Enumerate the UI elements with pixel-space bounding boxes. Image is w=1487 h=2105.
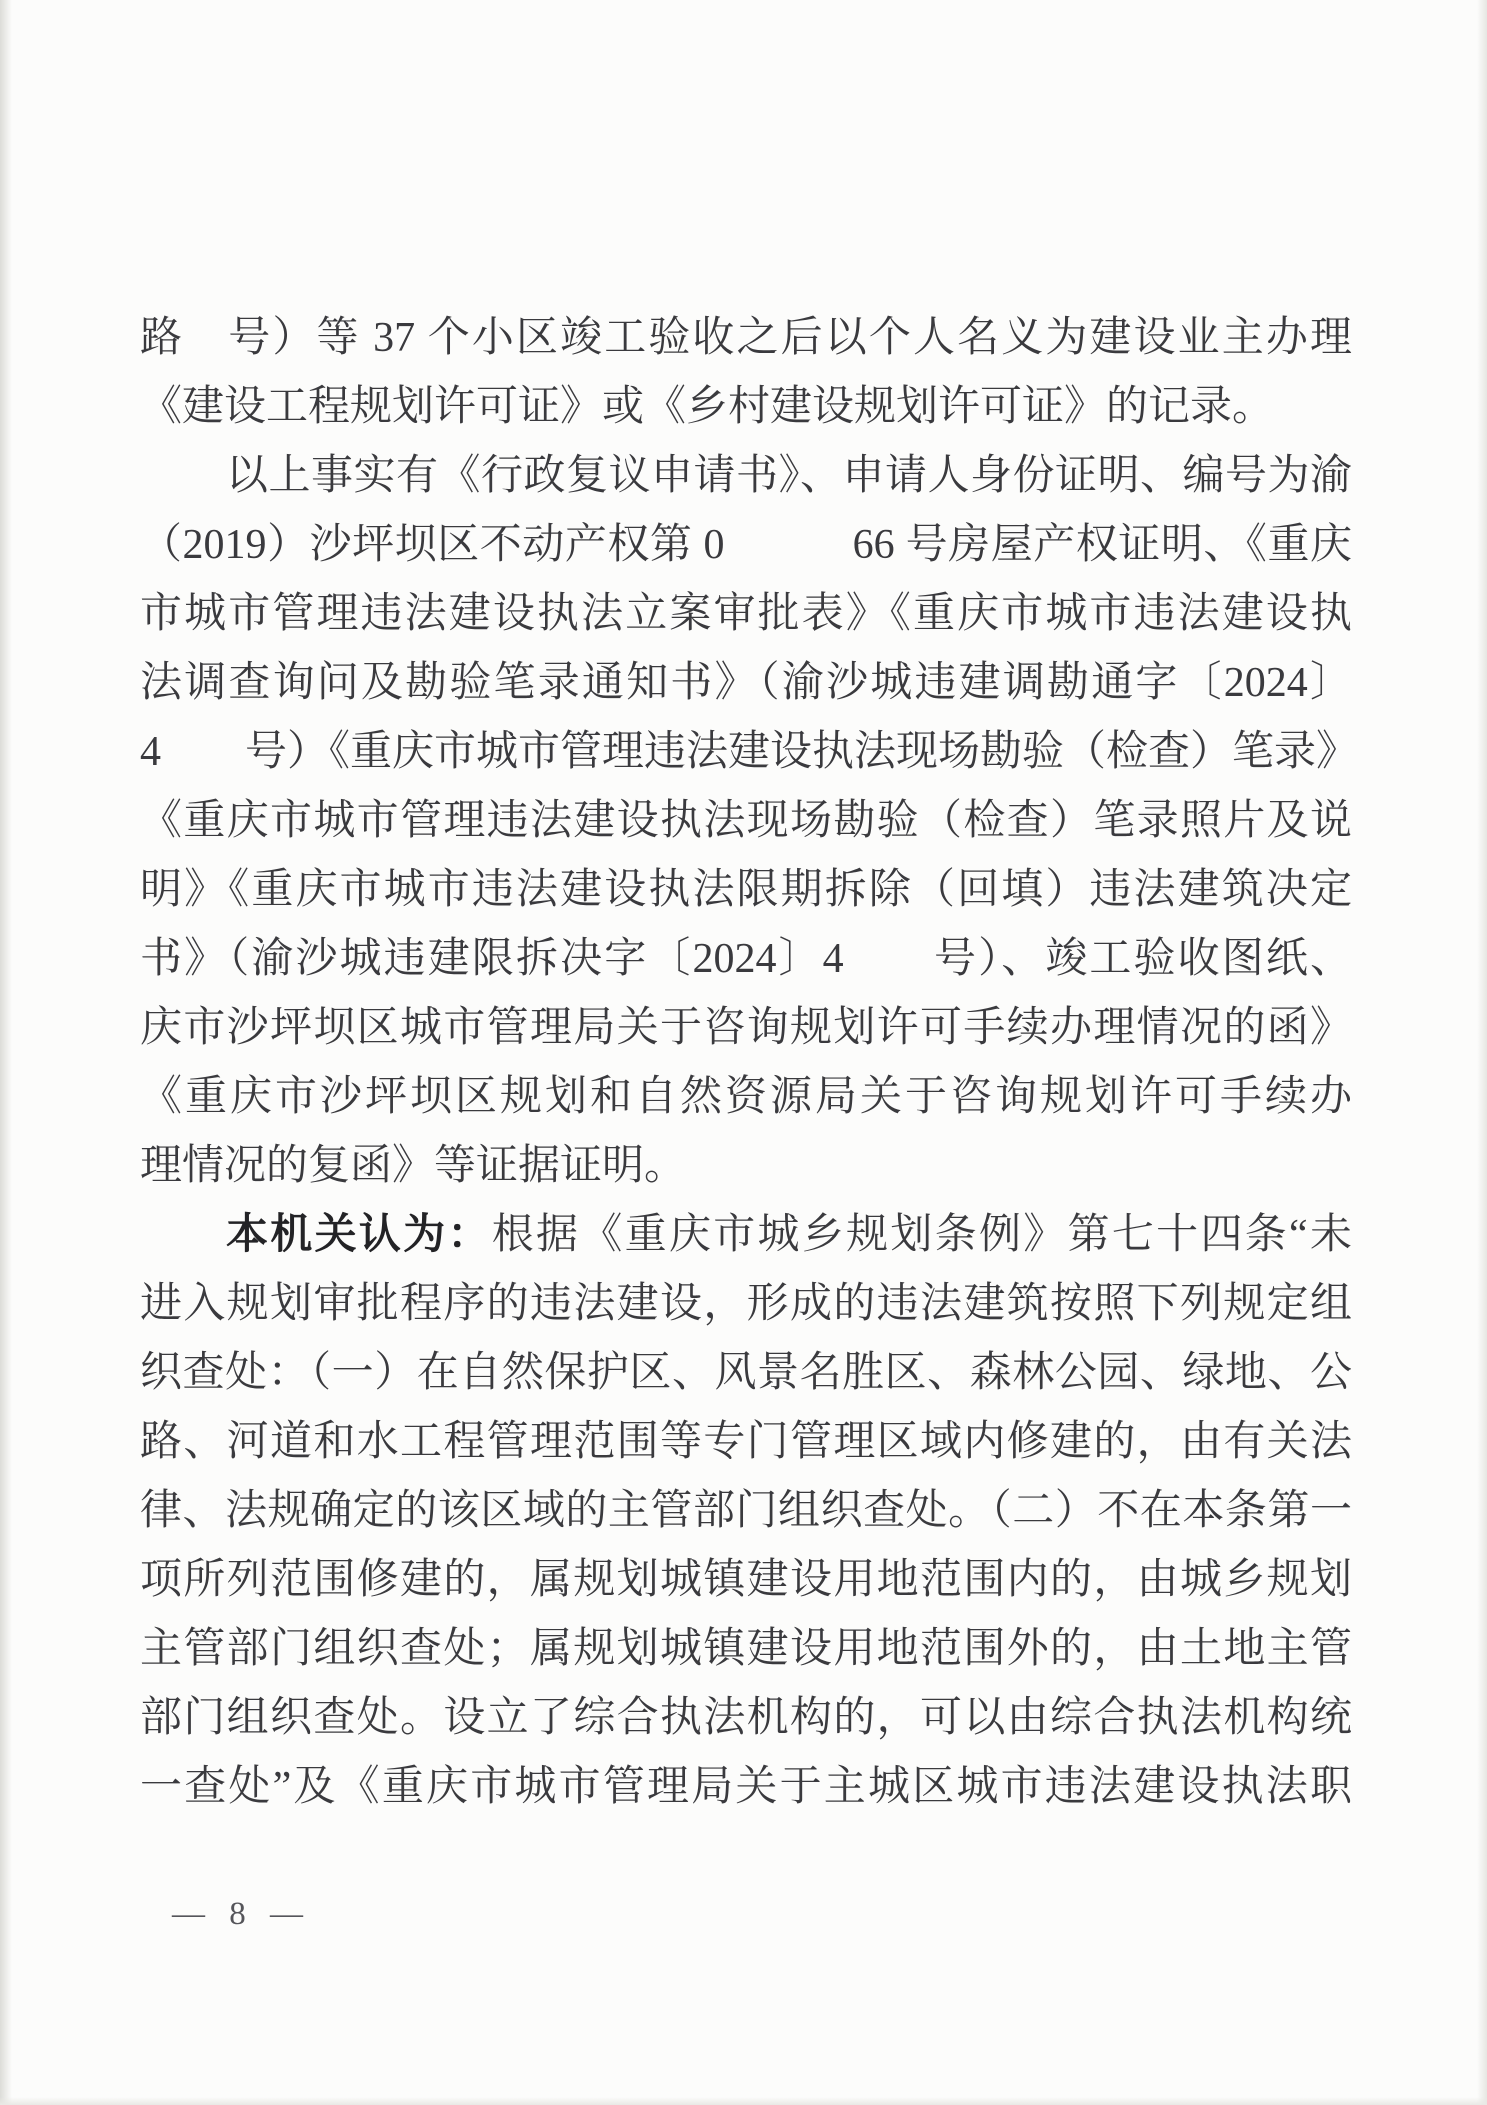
text-line: 《建设工程规划许可证》或《乡村建设规划许可证》的记录。 (140, 373, 1352, 442)
text-line: 路、河道和水工程管理范围等专门管理区域内修建的，由有关法 (140, 1408, 1352, 1477)
text-line: 市城市管理违法建设执法立案审批表》《重庆市城市违法建设执 (140, 580, 1352, 649)
text-line: 一查处”及《重庆市城市管理局关于主城区城市违法建设执法职 (140, 1753, 1352, 1822)
text-line: 以上事实有《行政复议申请书》、申请人身份证明、编号为渝 (140, 442, 1352, 511)
document-page: 路 号）等 37 个小区竣工验收之后以个人名义为建设业主办理《建设工程规划许可证… (0, 0, 1487, 2105)
text-line: 庆市沙坪坝区城市管理局关于咨询规划许可手续办理情况的函》 (140, 994, 1352, 1063)
text-line: 律、法规确定的该区域的主管部门组织查处。（二）不在本条第一 (140, 1477, 1352, 1546)
text-line: 《重庆市城市管理违法建设执法现场勘验（检查）笔录照片及说 (140, 787, 1352, 856)
text-line: 本机关认为：根据《重庆市城乡规划条例》第七十四条“未 (140, 1201, 1352, 1270)
text-line: 部门组织查处。设立了综合执法机构的，可以由综合执法机构统 (140, 1684, 1352, 1753)
text-line: 项所列范围修建的，属规划城镇建设用地范围内的，由城乡规划 (140, 1546, 1352, 1615)
text-line: 织查处：（一）在自然保护区、风景名胜区、森林公园、绿地、公 (140, 1339, 1352, 1408)
page-number: — 8 — (172, 1896, 311, 1933)
text-line: 《重庆市沙坪坝区规划和自然资源局关于咨询规划许可手续办 (140, 1063, 1352, 1132)
scan-edge-left (0, 0, 12, 2105)
text-line: 路 号）等 37 个小区竣工验收之后以个人名义为建设业主办理 (140, 304, 1352, 373)
text-line: 明》《重庆市城市违法建设执法限期拆除（回填）违法建筑决定 (140, 856, 1352, 925)
text-line-bold-prefix: 本机关认为： (226, 1212, 492, 1258)
scan-edge-bottom (0, 2097, 1487, 2105)
text-line: 主管部门组织查处；属规划城镇建设用地范围外的，由土地主管 (140, 1615, 1352, 1684)
text-line: （2019）沙坪坝区不动产权第 0 66 号房屋产权证明、《重庆 (140, 511, 1352, 580)
text-line: 书》（渝沙城违建限拆决字〔2024〕4 号）、竣工验收图纸、《重 (140, 925, 1352, 994)
document-body-text: 路 号）等 37 个小区竣工验收之后以个人名义为建设业主办理《建设工程规划许可证… (140, 304, 1352, 1822)
text-line: 进入规划审批程序的违法建设，形成的违法建筑按照下列规定组 (140, 1270, 1352, 1339)
text-line: 法调查询问及勘验笔录通知书》（渝沙城违建调勘通字〔2024〕 (140, 649, 1352, 718)
text-line: 理情况的复函》等证据证明。 (140, 1132, 1352, 1201)
text-line: 4 号）《重庆市城市管理违法建设执法现场勘验（检查）笔录》 (140, 718, 1352, 787)
scan-edge-right (1477, 0, 1487, 2105)
